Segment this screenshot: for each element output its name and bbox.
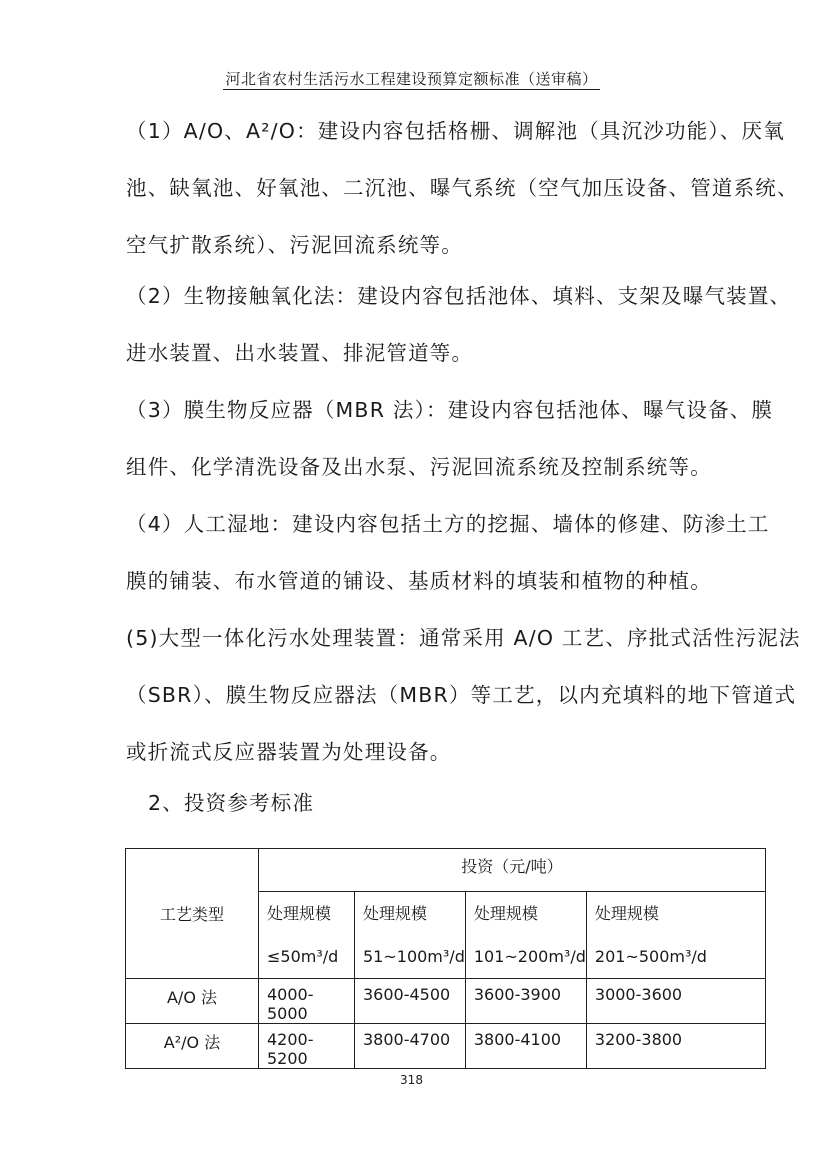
column-header: 处理规模 201~500m³/d (586, 892, 765, 979)
table-row: A/O 法 4000-5000 3600-4500 3600-3900 3000… (126, 979, 766, 1024)
value-cell: 3600-3900 (465, 979, 586, 1024)
column-label: 处理规模 (474, 892, 586, 935)
column-range: ≤50m³/d (267, 935, 354, 978)
section-heading: 2、投资参考标准 (148, 786, 314, 816)
table-row: A²/O 法 4200-5200 3800-4700 3800-4100 320… (126, 1024, 766, 1069)
paragraph-line: （2）生物接触氧化法：建设内容包括池体、填料、支架及曝气装置、 (126, 268, 766, 325)
paragraph-line: 或折流式反应器装置为处理设备。 (126, 724, 766, 781)
paragraph-1: （1）A/O、A²/O：建设内容包括格栅、调解池（具沉沙功能）、厌氧 池、缺氧池… (126, 103, 766, 274)
value-cell: 3200-3800 (586, 1024, 765, 1069)
document-header: 河北省农村生活污水工程建设预算定额标准（送审稿） (0, 68, 823, 89)
paragraph-line: 进水装置、出水装置、排泥管道等。 (126, 325, 766, 382)
paragraph-line: 空气扩散系统）、污泥回流系统等。 (126, 217, 766, 274)
paragraph-line: 组件、化学清洗设备及出水泵、污泥回流系统及控制系统等。 (126, 439, 766, 496)
header-title: 河北省农村生活污水工程建设预算定额标准（送审稿） (223, 70, 599, 90)
process-type-cell: A/O 法 (126, 979, 259, 1024)
paragraph-2: （2）生物接触氧化法：建设内容包括池体、填料、支架及曝气装置、 进水装置、出水装… (126, 268, 766, 382)
value-cell: 4000-5000 (259, 979, 355, 1024)
column-range: 51~100m³/d (363, 935, 465, 978)
column-label: 处理规模 (363, 892, 465, 935)
column-header: 处理规模 101~200m³/d (465, 892, 586, 979)
column-label: 处理规模 (595, 892, 765, 935)
process-type-header: 工艺类型 (126, 849, 259, 979)
investment-group-header: 投资（元/吨） (259, 849, 766, 892)
paragraph-line: （1）A/O、A²/O：建设内容包括格栅、调解池（具沉沙功能）、厌氧 (126, 103, 766, 160)
column-header: 处理规模 51~100m³/d (355, 892, 466, 979)
paragraph-line: （3）膜生物反应器（MBR 法）：建设内容包括池体、曝气设备、膜 (126, 382, 766, 439)
paragraph-line: (5)大型一体化污水处理装置：通常采用 A/O 工艺、序批式活性污泥法 (126, 610, 766, 667)
column-label: 处理规模 (267, 892, 354, 935)
column-range: 101~200m³/d (474, 935, 586, 978)
paragraph-line: 池、缺氧池、好氧池、二沉池、曝气系统（空气加压设备、管道系统、 (126, 160, 766, 217)
value-cell: 4200-5200 (259, 1024, 355, 1069)
column-range: 201~500m³/d (595, 935, 765, 978)
page-number: 318 (0, 1073, 823, 1087)
process-type-cell: A²/O 法 (126, 1024, 259, 1069)
paragraph-5: (5)大型一体化污水处理装置：通常采用 A/O 工艺、序批式活性污泥法 （SBR… (126, 610, 766, 781)
value-cell: 3600-4500 (355, 979, 466, 1024)
value-cell: 3800-4700 (355, 1024, 466, 1069)
column-header: 处理规模 ≤50m³/d (259, 892, 355, 979)
value-cell: 3800-4100 (465, 1024, 586, 1069)
investment-table: 工艺类型 投资（元/吨） 处理规模 ≤50m³/d 处理规模 51~100m³/… (125, 848, 766, 1069)
paragraph-3: （3）膜生物反应器（MBR 法）：建设内容包括池体、曝气设备、膜 组件、化学清洗… (126, 382, 766, 496)
paragraph-4: （4）人工湿地：建设内容包括土方的挖掘、墙体的修建、防渗土工 膜的铺装、布水管道… (126, 496, 766, 610)
value-cell: 3000-3600 (586, 979, 765, 1024)
paragraph-line: 膜的铺装、布水管道的铺设、基质材料的填装和植物的种植。 (126, 553, 766, 610)
paragraph-line: （4）人工湿地：建设内容包括土方的挖掘、墙体的修建、防渗土工 (126, 496, 766, 553)
paragraph-line: （SBR）、膜生物反应器法（MBR）等工艺，以内充填料的地下管道式 (126, 667, 766, 724)
